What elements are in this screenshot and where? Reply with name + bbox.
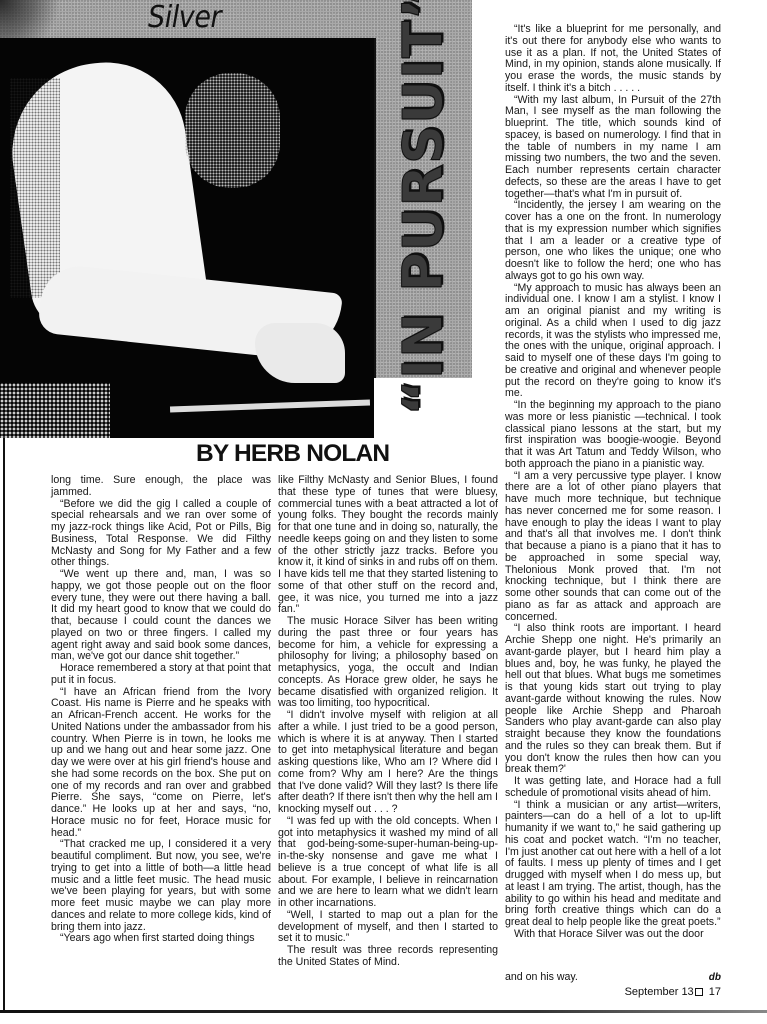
paragraph: “Well, I started to map out a plan for t… (278, 910, 498, 945)
paragraph: “I have an African friend from the Ivory… (51, 687, 271, 840)
issue-date: September 13 (625, 986, 694, 998)
paragraph: “I was fed up with the old concepts. Whe… (278, 816, 498, 910)
article-title-text: “IN PURSUIT” (392, 0, 455, 415)
page-left-rule (3, 438, 5, 1010)
paragraph: “Incidently, the jersey I am wearing on … (505, 200, 721, 282)
last-line: and on his way. (505, 971, 578, 983)
paragraph: “I am a very percussive type player. I k… (505, 471, 721, 624)
paragraph: “I think a musician or any artist—writer… (505, 800, 721, 929)
page-number: 17 (709, 986, 721, 998)
paragraph: “I didn't involve myself with religion a… (278, 710, 498, 816)
page-footer: and on his way. db September 13 17 (505, 971, 721, 998)
paragraph: The result was three records representin… (278, 945, 498, 969)
byline: BY HERB NOLAN (196, 440, 376, 468)
paragraph: “We went up there and, man, I was so hap… (51, 569, 271, 663)
article-end-row: and on his way. db (505, 971, 721, 984)
paragraph: “In the beginning my approach to the pia… (505, 400, 721, 471)
paragraph: “That cracked me up, I considered it a v… (51, 839, 271, 933)
paragraph: With that Horace Silver was out the door (505, 929, 721, 941)
page-bottom-rule (0, 1010, 767, 1013)
article-title: “IN PURSUIT” (375, 24, 471, 374)
paragraph: long time. Sure enough, the place was ja… (51, 475, 271, 499)
paragraph: “Years ago when first started doing thin… (51, 933, 271, 945)
db-end-mark-icon: db (709, 972, 721, 984)
paragraph: Horace remembered a story at that point … (51, 663, 271, 687)
paragraph: The music Horace Silver has been writing… (278, 616, 498, 710)
paragraph: “It's like a blueprint for me personally… (505, 24, 721, 95)
photo-shirt-texture (10, 78, 60, 298)
photo-cloth (0, 383, 110, 438)
text-column-3: “It's like a blueprint for me personally… (505, 24, 721, 941)
paragraph: “My approach to music has always been an… (505, 283, 721, 401)
photo-head (185, 73, 280, 188)
square-bullet-icon (695, 988, 703, 996)
paragraph: “Before we did the gig I called a couple… (51, 499, 271, 570)
photo-piano-keys (170, 400, 370, 413)
photo-hand (255, 323, 345, 383)
paragraph: “With my last album, In Pursuit of the 2… (505, 95, 721, 201)
folio: September 13 17 (505, 986, 721, 998)
paragraph: “I also think roots are important. I hea… (505, 623, 721, 776)
text-column-1: long time. Sure enough, the place was ja… (51, 475, 271, 945)
paragraph: like Filthy McNasty and Senior Blues, I … (278, 475, 498, 616)
paragraph: It was getting late, and Horace had a fu… (505, 776, 721, 800)
kicker-title: Silver (148, 0, 256, 38)
text-column-2: like Filthy McNasty and Senior Blues, I … (278, 475, 498, 969)
photo-horace-silver-piano (0, 38, 374, 438)
